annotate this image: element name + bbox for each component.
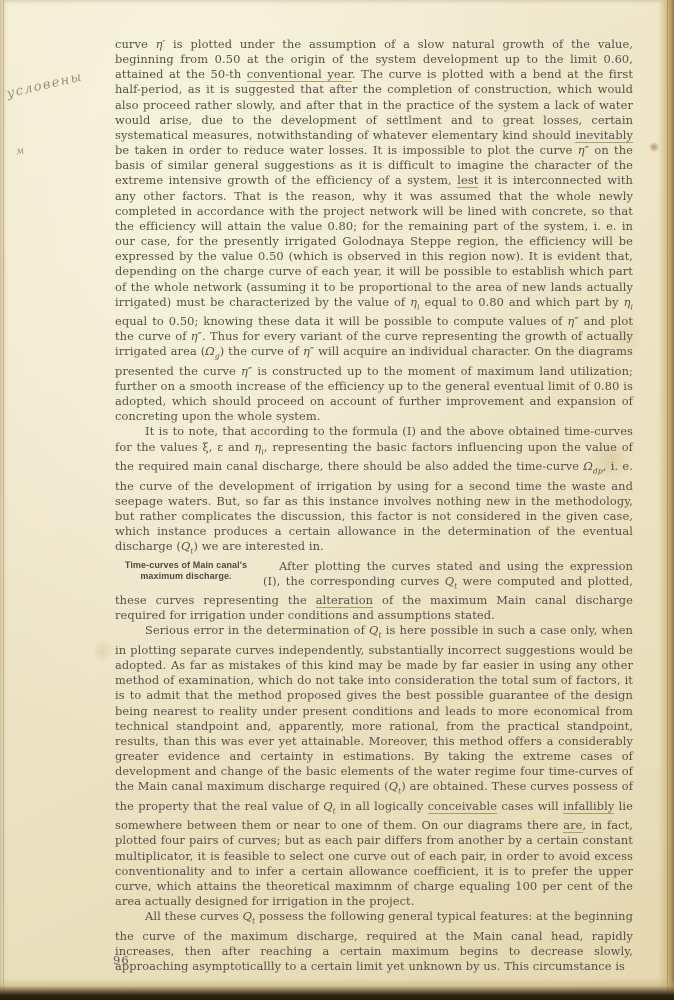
margin-pencil-mark: м	[15, 145, 25, 157]
page-edge-right	[658, 0, 674, 1000]
page-edge-top	[0, 0, 674, 4]
paragraph-1: curve η′ is plotted under the assumption…	[115, 37, 633, 424]
scanned-book-page: условены м curve η′ is plotted under the…	[0, 0, 674, 1000]
side-note: Time-curves of Main canal's maximum disc…	[115, 560, 257, 583]
paragraph-4: Serious error in the determination of Qt…	[115, 623, 633, 909]
page-edge-left-line	[3, 0, 4, 1000]
side-note-line2: maximum discharge.	[140, 571, 231, 581]
page-number: 96	[113, 953, 130, 967]
margin-handwriting: условены	[5, 69, 84, 101]
page-edge-right-line	[667, 0, 668, 1000]
page-edge-bottom	[0, 978, 674, 1000]
paragraph-5: All these curves Qt possess the followin…	[115, 909, 633, 974]
page-edge-left	[0, 0, 8, 1000]
paragraph-2: It is to note, that according to the for…	[115, 424, 633, 558]
stain	[90, 640, 116, 662]
side-note-line1: Time-curves of Main canal's	[125, 560, 247, 570]
text-block: curve η′ is plotted under the assumption…	[115, 37, 633, 974]
